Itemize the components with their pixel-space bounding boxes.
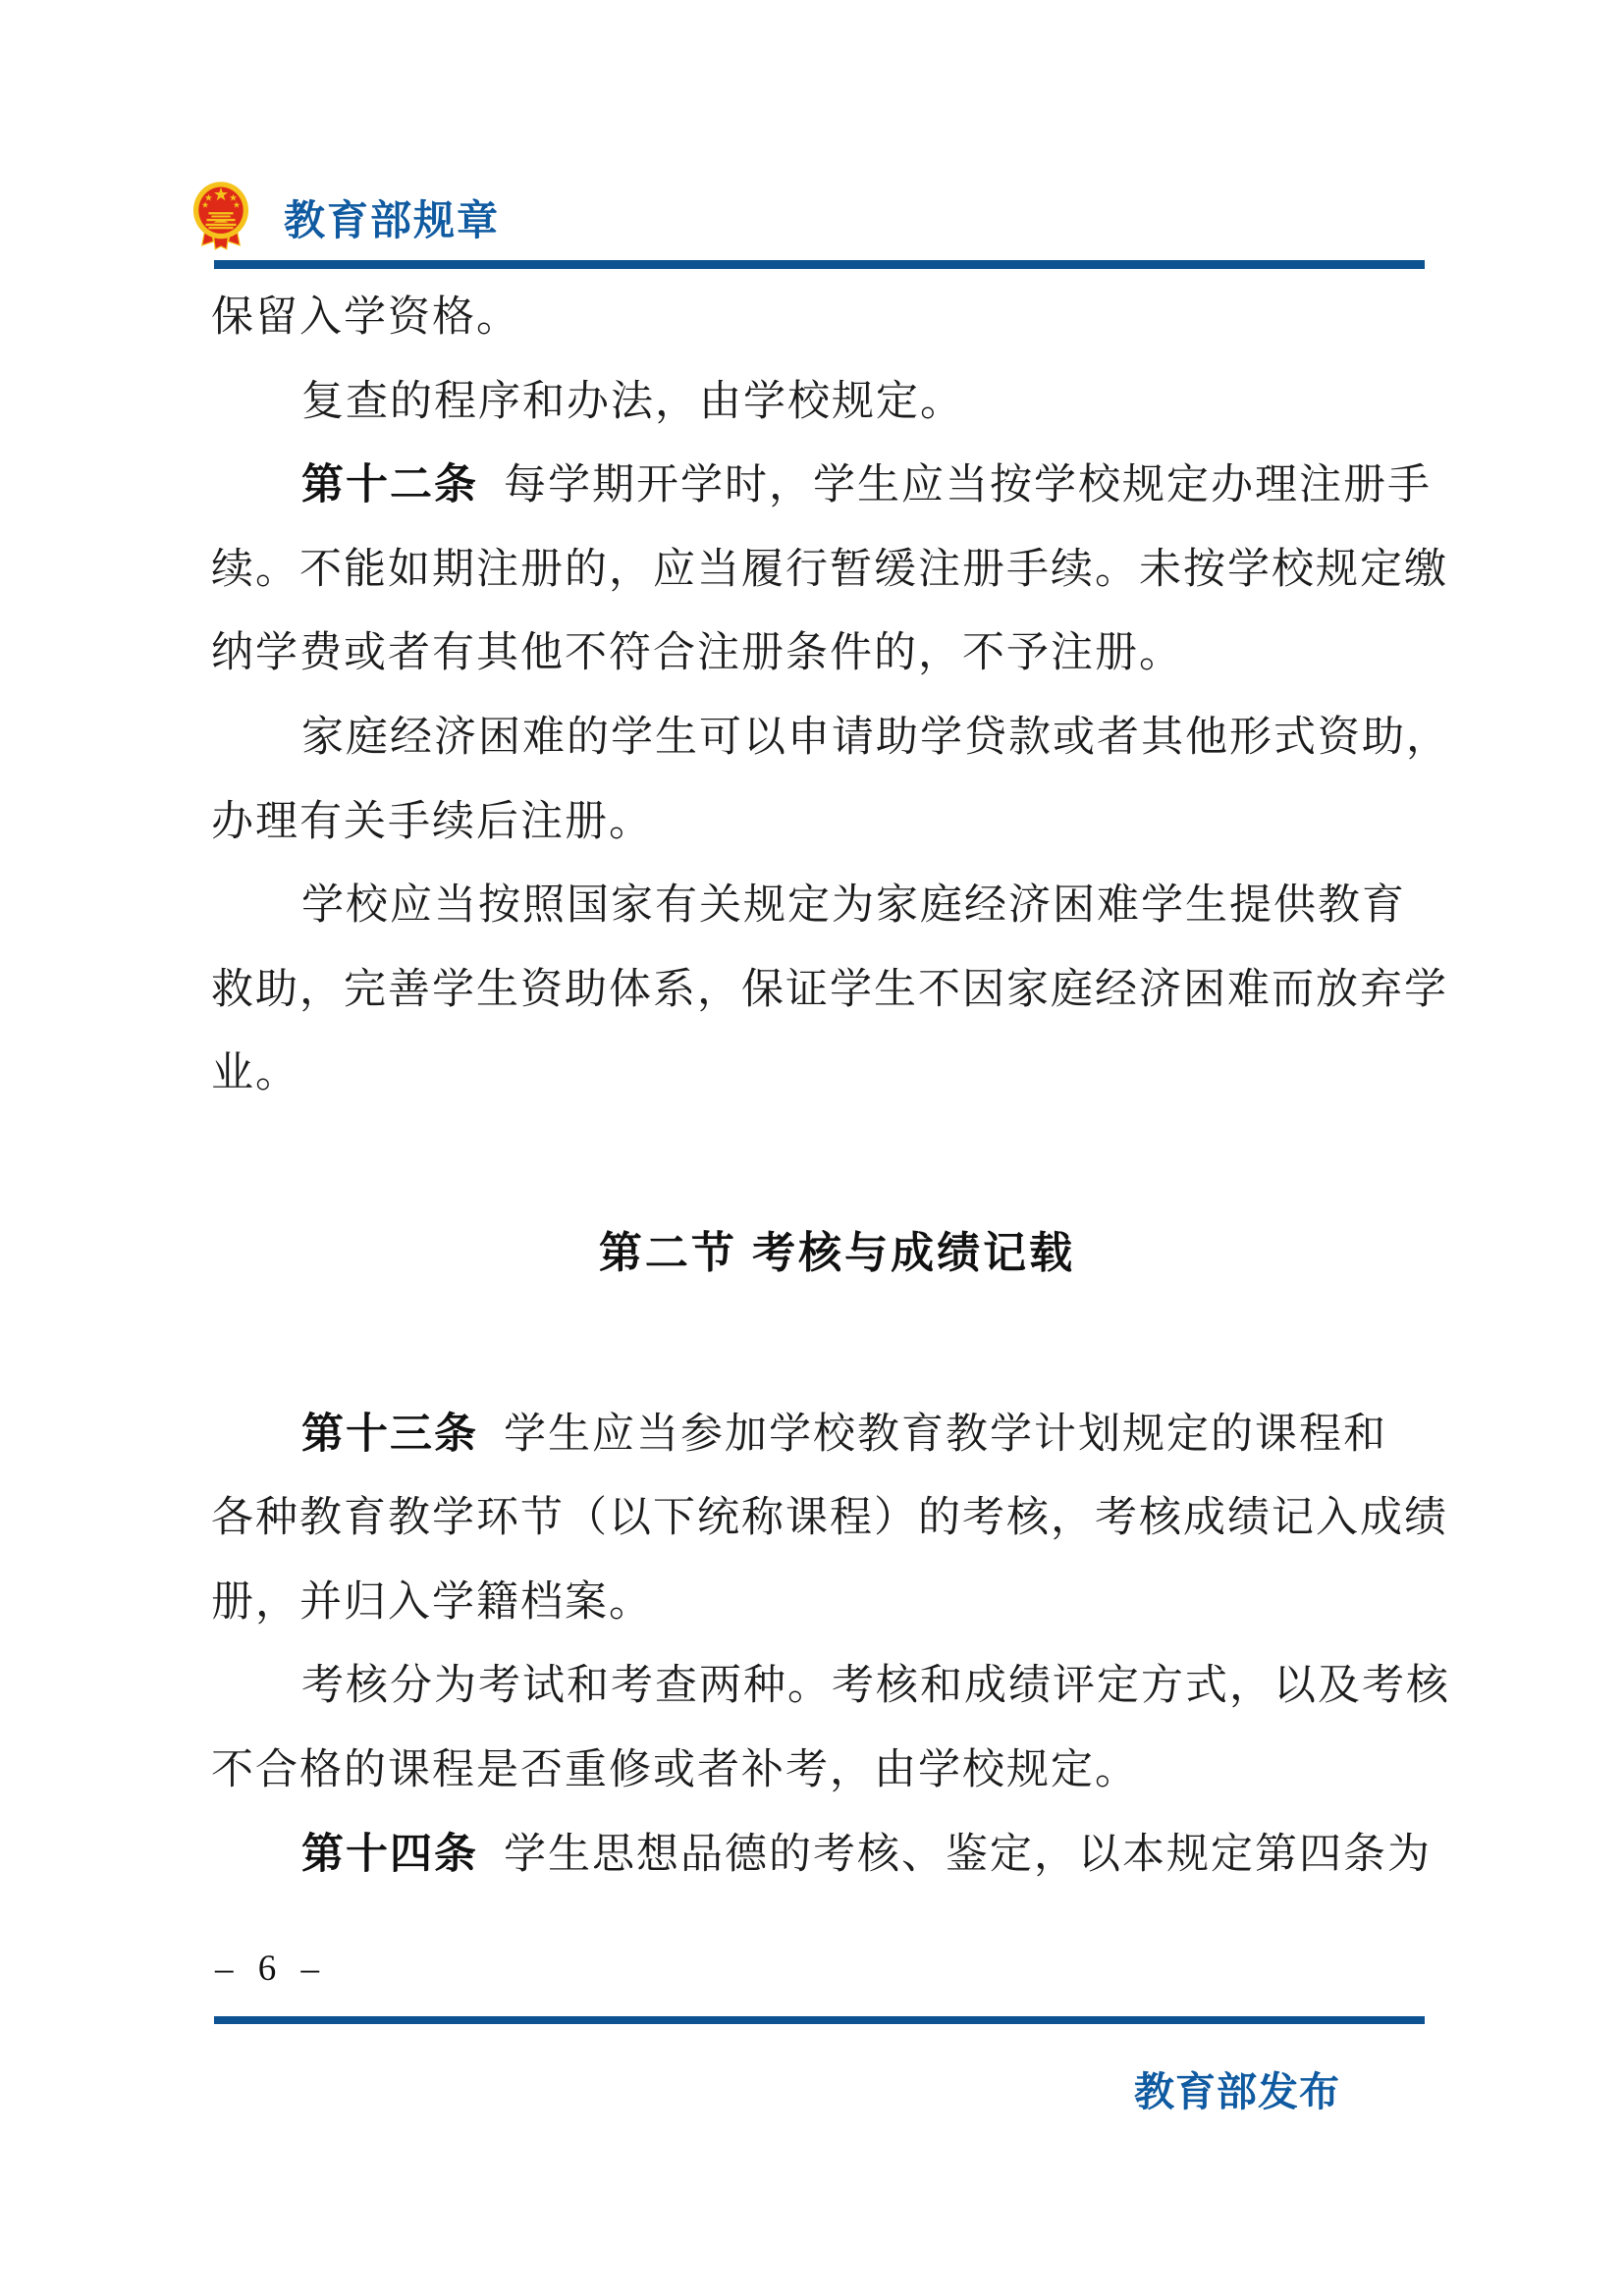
- text-line: 纳学费或者有其他不符合注册条件的，不予注册。: [211, 612, 1463, 696]
- text-line: 保留入学资格。: [211, 276, 1463, 360]
- text-line: 复查的程序和办法，由学校规定。: [211, 360, 1463, 445]
- text-line: 业。: [211, 1032, 1463, 1116]
- section-heading: 第二节 考核与成绩记载: [211, 1211, 1463, 1296]
- text-line: 第十二条每学期开学时，学生应当按学校规定办理注册手: [211, 444, 1463, 528]
- document-body: 保留入学资格。复查的程序和办法，由学校规定。第十二条每学期开学时，学生应当按学校…: [211, 276, 1463, 1896]
- text-line: 家庭经济困难的学生可以申请助学贷款或者其他形式资助，: [211, 696, 1463, 780]
- footer-rule: [214, 2016, 1425, 2024]
- publisher-label: 教育部发布: [1134, 2059, 1340, 2117]
- text-line: 续。不能如期注册的，应当履行暂缓注册手续。未按学校规定缴: [211, 528, 1463, 613]
- article-number: 第十二条: [301, 461, 478, 508]
- text-line: 办理有关手续后注册。: [211, 780, 1463, 865]
- article-number: 第十三条: [301, 1411, 478, 1458]
- china-national-emblem-icon: [192, 181, 249, 251]
- text-line: 学校应当按照国家有关规定为家庭经济困难学生提供教育: [211, 864, 1463, 948]
- page-number: – 6 –: [215, 1948, 327, 1990]
- document-type-label: 教育部规章: [284, 188, 500, 247]
- document-page: 教育部规章 保留入学资格。复查的程序和办法，由学校规定。第十二条每学期开学时，学…: [0, 0, 1624, 2296]
- text-line: 第十三条学生应当参加学校教育教学计划规定的课程和: [211, 1393, 1463, 1477]
- text-line: 考核分为考试和考查两种。考核和成绩评定方式，以及考核: [211, 1644, 1463, 1729]
- text-line: 第十四条学生思想品德的考核、鉴定，以本规定第四条为: [211, 1813, 1463, 1897]
- text-line: 救助，完善学生资助体系，保证学生不因家庭经济困难而放弃学: [211, 948, 1463, 1033]
- article-number: 第十四条: [301, 1831, 478, 1878]
- text-line: 各种教育教学环节（以下统称课程）的考核，考核成绩记入成绩: [211, 1476, 1463, 1561]
- text-line: 册，并归入学籍档案。: [211, 1561, 1463, 1645]
- header-rule: [214, 260, 1425, 269]
- text-line: 不合格的课程是否重修或者补考，由学校规定。: [211, 1729, 1463, 1813]
